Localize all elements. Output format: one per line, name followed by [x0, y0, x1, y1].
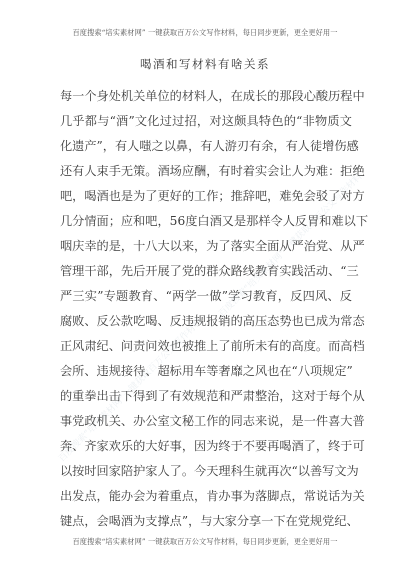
- body-line: 事党政机关、办公室文秘工作的同志来说，是一件喜大普: [60, 409, 352, 434]
- body-line: 正风肃纪、问责问效也被推上了前所未有的高度。而高档: [60, 334, 352, 359]
- body-line: 吧，喝酒也是为了更好的工作；推辞吧，难免会驳了对方: [60, 184, 352, 209]
- body-line: 以按时回家陪护家人了。今天理科生就再次“以善写文为: [60, 459, 352, 484]
- body-line: 的重拳出击下得到了有效规范和严肃整治，这对于每个从: [60, 384, 352, 409]
- body-line: 几分情面；应和吧，56度白酒又是那样令人反胃和难以下: [60, 209, 352, 234]
- body-line: 管理干部，先后开展了党的群众路线教育实践活动、“三: [60, 259, 352, 284]
- body-line: 严三实”专题教育、“两学一做”学习教育，反四风、反: [60, 284, 352, 309]
- page-footer: 百度搜索“培实素材网” 一键获取百万公文写作材料，每日同步更新，更全更好用一: [0, 537, 410, 547]
- body-line: 咽庆幸的是，十八大以来，为了落实全面从严治党、从严: [60, 234, 352, 259]
- document-title: 喝酒和写材料有啥关系: [0, 56, 410, 72]
- body-line: 几乎都与“酒”文化过过招，对这颇具特色的“非物质文: [60, 109, 352, 134]
- body-line: 奔、齐家欢乐的大好事，因为终于不要再喝酒了，终于可: [60, 434, 352, 459]
- body-line: 出发点，能办会为着重点，肯办事为落脚点，常说话为关: [60, 484, 352, 509]
- body-line: 会所、违规接待、超标用车等奢靡之风也在“八项规定”: [60, 359, 352, 384]
- document-body: 每一个身处机关单位的材料人，在成长的那段心酸历程中几乎都与“酒”文化过过招，对这…: [60, 84, 352, 534]
- body-line: 化遗产”，有人嗤之以鼻，有人游刃有余，有人徒增伤感: [60, 134, 352, 159]
- body-line: 腐败、反公款吃喝、反违规报销的高压态势也已成为常态: [60, 309, 352, 334]
- body-line: 键点，会喝酒为支撑点”，与大家分享一下在党规党纪、: [60, 509, 352, 534]
- body-line: 还有人束手无策。酒场应酬，有时着实会让人为难：拒绝: [60, 159, 352, 184]
- body-line: 每一个身处机关单位的材料人，在成长的那段心酸历程中: [60, 84, 352, 109]
- document-page: 百度搜索“培实素材网” 一键获取百万公文写作材料，每日同步更新，更全更好用一 喝…: [0, 0, 410, 580]
- page-header: 百度搜索“培实素材网” 一键获取百万公文写作材料，每日同步更新，更全更好用一: [0, 28, 410, 38]
